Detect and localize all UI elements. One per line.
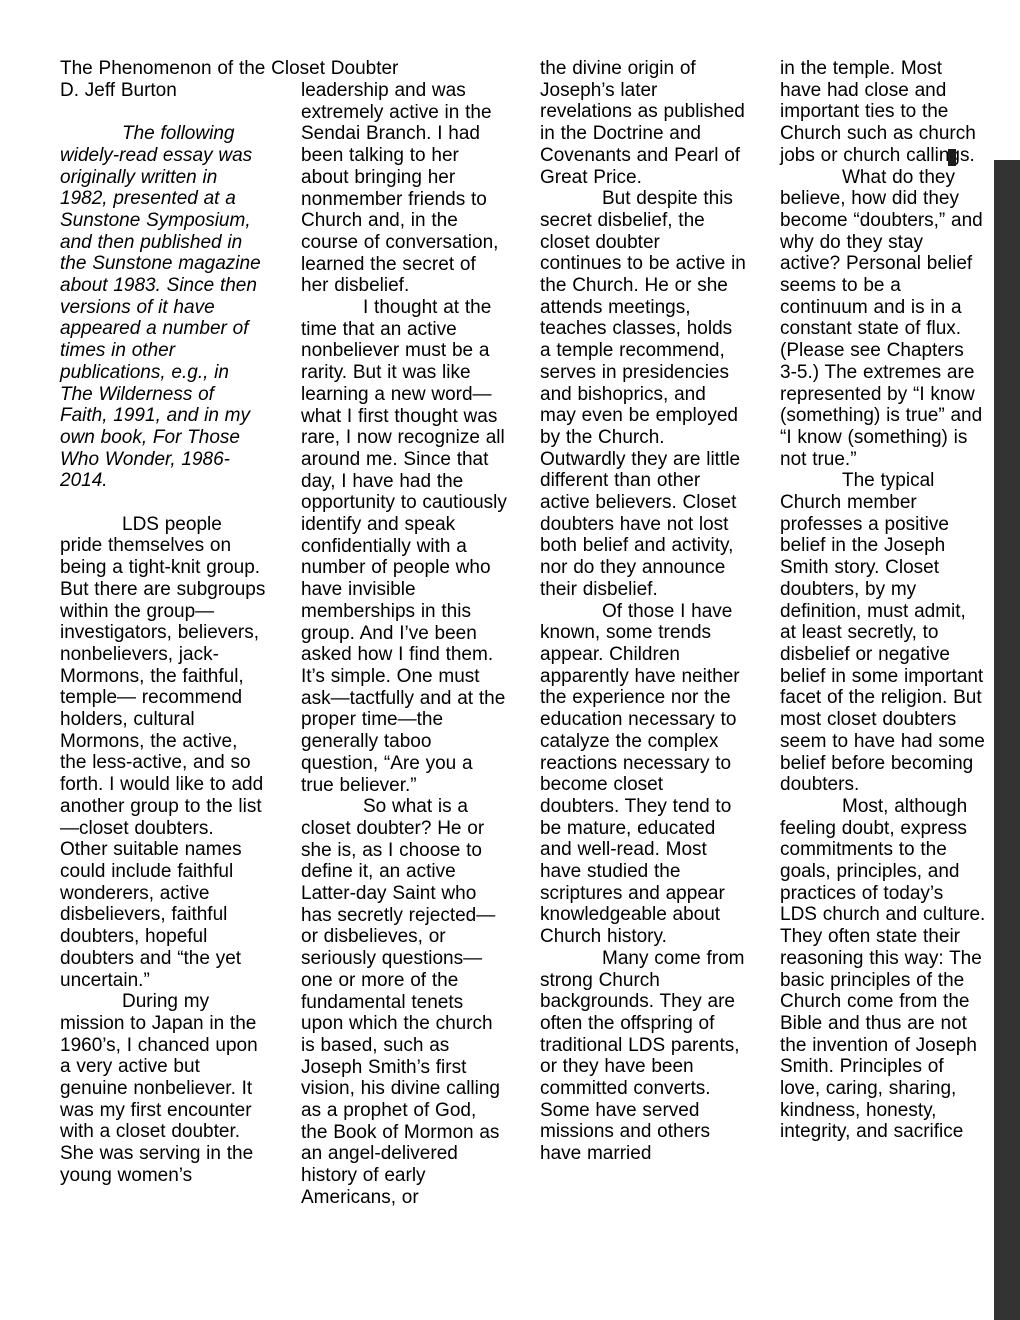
paragraph-divine-origin-continuation: the divine origin of Joseph’s later reve… bbox=[540, 58, 746, 188]
paragraph-many-come: Many come from strong Church backgrounds… bbox=[540, 948, 746, 1165]
paragraph-of-those-i: Of those I have known, some trends appea… bbox=[540, 601, 746, 948]
text-column-1: The Phenomenon of the Closet Doubter D. … bbox=[60, 58, 266, 1187]
paragraph-so-what-is: So what is a closet doubter? He or she i… bbox=[301, 796, 507, 1208]
text-column-2: leadership and was extremely active in t… bbox=[301, 80, 507, 1209]
scan-corner-mark bbox=[948, 149, 956, 166]
paragraph-most-although: Most, although feeling doubt, express co… bbox=[780, 796, 986, 1143]
paragraph-i-thought-at: I thought at the time that an active non… bbox=[301, 297, 507, 796]
paragraph-typical-member: The typical Church member professes a po… bbox=[780, 470, 986, 796]
document-title: The Phenomenon of the Closet Doubter bbox=[60, 58, 266, 80]
paragraph-but-despite: But despite this secret disbelief, the c… bbox=[540, 188, 746, 600]
paragraph-preface: The following widely-read essay was orig… bbox=[60, 123, 266, 492]
scan-edge-bar bbox=[994, 160, 1020, 1320]
text-column-3: the divine origin of Joseph’s later reve… bbox=[540, 58, 746, 1165]
paragraph-lds-people: LDS people pride themselves on being a t… bbox=[60, 514, 266, 991]
text-column-4: in the temple. Most have had close and i… bbox=[780, 58, 986, 1143]
document-author: D. Jeff Burton bbox=[60, 80, 266, 102]
document-page: The Phenomenon of the Closet Doubter D. … bbox=[0, 0, 1020, 1320]
paragraph-what-do-they: What do they believe, how did they becom… bbox=[780, 167, 986, 471]
paragraph-during-my-mission: During my mission to Japan in the 1960’s… bbox=[60, 991, 266, 1186]
paragraph-leadership-continuation: leadership and was extremely active in t… bbox=[301, 80, 507, 297]
